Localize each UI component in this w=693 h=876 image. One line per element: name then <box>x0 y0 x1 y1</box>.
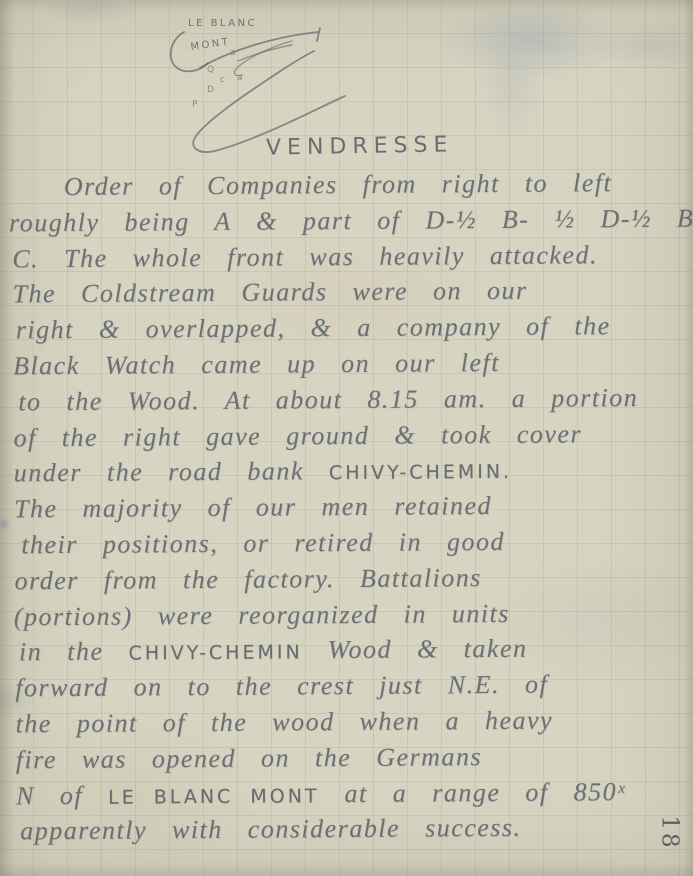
handwritten-line: in the CHIVY-CHEMIN Wood & taken <box>7 630 693 671</box>
sketch-mark: D <box>207 85 214 95</box>
script-text: apparently with considerable success. <box>20 813 521 845</box>
sketch-mark: c <box>220 75 225 85</box>
script-text: Order of Companies from right to left <box>64 168 613 201</box>
handwritten-line: The majority of our men retained <box>6 487 693 528</box>
script-text: their positions, or retired in good <box>21 527 505 559</box>
sketch-mark: Q <box>207 65 214 75</box>
sketch-mark: a <box>230 48 236 58</box>
script-text: of the right gave ground & took cover <box>13 419 582 452</box>
handwritten-line: The Coldstream Guards were on our <box>4 272 691 313</box>
script-text: roughly being A & part of D-½ B- ½ D-½ B… <box>9 203 693 237</box>
script-text: fire was opened on the Germans <box>16 742 482 774</box>
handwritten-line: right & overlapped, & a company of the <box>5 308 692 349</box>
handwritten-line: the point of the wood when a heavy <box>7 702 693 743</box>
script-text: order from the factory. Battalions <box>14 563 482 595</box>
script-text: in the <box>19 637 129 667</box>
handwritten-line: N of LE BLANC MONT at a range of 850ˣ <box>8 773 693 814</box>
handwritten-line: of the right gave ground & took cover <box>5 415 692 456</box>
document-page: LE BLANC MONT a Q c a D P VENDRESSE Orde… <box>0 0 693 876</box>
handwritten-line: apparently with considerable success. <box>8 809 693 850</box>
script-text: (portions) were reorganized in units <box>14 598 510 630</box>
handwritten-line: forward on to the crest just N.E. of <box>7 666 693 707</box>
script-text: Black Watch came up on our left <box>13 348 500 380</box>
body-lines: Order of Companies from right to leftrou… <box>4 165 693 850</box>
script-text: right & overlapped, & a company of the <box>16 311 611 344</box>
script-text: forward on to the crest just N.E. of <box>15 670 548 703</box>
handwritten-line: order from the factory. Battalions <box>6 558 693 599</box>
script-text: the point of the wood when a heavy <box>15 706 553 739</box>
script-text: to the Wood. At about 8.15 am. a portion <box>18 383 638 416</box>
handwritten-line: their positions, or retired in good <box>6 523 693 564</box>
script-text: The majority of our men retained <box>14 491 492 523</box>
script-text: Wood & taken <box>303 634 528 665</box>
script-text: under the road bank <box>14 457 329 488</box>
script-text: at a range of 850ˣ <box>319 777 626 808</box>
caps-text: CHIVY-CHEMIN <box>128 642 302 665</box>
handwritten-line: under the road bank CHIVY-CHEMIN. <box>6 451 693 492</box>
handwritten-line: Order of Companies from right to left <box>4 165 691 206</box>
sketch-label-le-blanc: LE BLANC <box>188 18 257 29</box>
script-text: N of <box>16 780 108 810</box>
handwritten-line: C. The whole front was heavily attacked. <box>4 236 691 277</box>
caps-text: LE BLANC MONT <box>108 785 320 808</box>
sketch-stroke-end-tick <box>317 28 320 41</box>
handwritten-line: to the Wood. At about 8.15 am. a portion <box>5 379 692 420</box>
handwritten-line: roughly being A & part of D-½ B- ½ D-½ B… <box>4 200 691 241</box>
script-text: C. The whole front was heavily attacked. <box>12 240 598 273</box>
script-text: The Coldstream Guards were on our <box>12 276 527 309</box>
sketch-mark: P <box>192 100 198 110</box>
sketch-mark: a <box>237 73 243 83</box>
handwritten-line: fire was opened on the Germans <box>8 737 693 778</box>
sketch-stroke-hook <box>171 32 208 71</box>
page-number: 18 <box>656 815 682 850</box>
caps-text: CHIVY-CHEMIN. <box>329 461 512 484</box>
handwritten-line: Black Watch came up on our left <box>5 344 692 385</box>
sketch-label-mont: MONT <box>190 36 231 52</box>
handwritten-line: (portions) were reorganized in units <box>7 594 693 635</box>
page-title: VENDRESSE <box>266 132 454 160</box>
